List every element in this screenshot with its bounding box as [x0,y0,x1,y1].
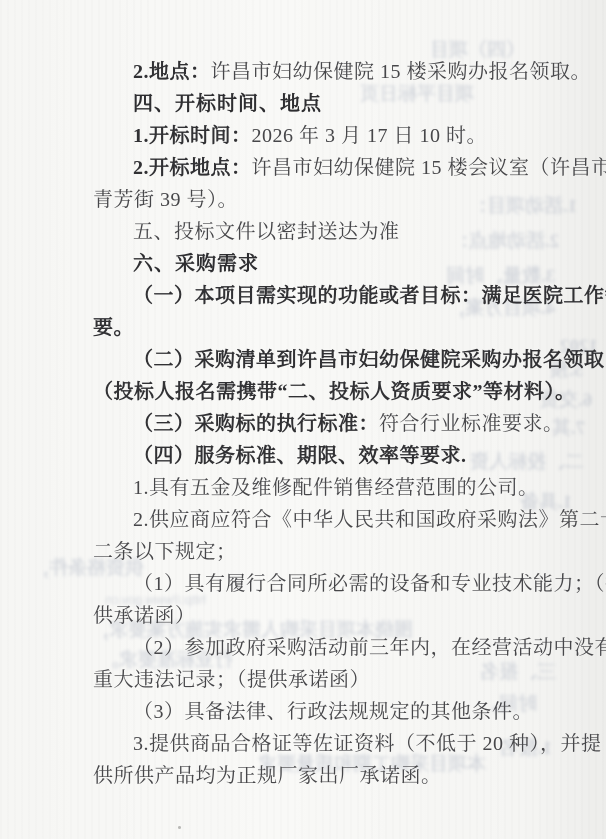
document-line: 3.提供商品合格证等佐证资料（不低于 20 种），并提 [93,728,606,760]
text-segment: 2026 年 3 月 17 日 10 时。 [252,125,488,147]
text-segment: 要。 [93,317,134,339]
text-segment: 五、投标文件以密封送达为准 [133,221,400,243]
text-segment: 青芳街 39 号）。 [93,189,238,211]
text-segment: 1.具有五金及维修配件销售经营范围的公司。 [133,477,539,499]
document-line: 2.供应商应符合《中华人民共和国政府采购法》第二十 [93,504,606,536]
document-line: 青芳街 39 号）。 [93,184,606,216]
document-line: 四、开标时间、地点 [93,88,606,120]
document-line: 1.具有五金及维修配件销售经营范围的公司。 [93,472,606,504]
text-segment: （一）本项目需实现的功能或者目标：满足医院工作需 [133,285,606,307]
text-segment: 许昌市妇幼保健院 15 楼采购办报名领取。 [211,61,592,83]
document-line: （1）具有履行合同所必需的设备和专业技术能力；（提 [93,568,606,600]
text-segment: 供所供产品均为正规厂家出厂承诺函。 [93,765,442,787]
text-segment: 2.供应商应符合《中华人民共和国政府采购法》第二十 [133,509,606,531]
text-segment: 2.地点： [133,61,211,83]
document-line: （二）采购清单到许昌市妇幼保健院采购办报名领取 [93,344,606,376]
document-line: 要。 [93,312,606,344]
document-line: （投标人报名需携带“二、投标人资质要求”等材料）。 [93,376,606,408]
document-line: 1.开标时间：2026 年 3 月 17 日 10 时。 [93,120,606,152]
document-line: 六、采购需求 [93,248,606,280]
document-line: （2）参加政府采购活动前三年内，在经营活动中没有 [93,632,606,664]
text-segment: （3）具备法律、行政法规规定的其他条件。 [133,701,533,723]
text-segment: 重大违法记录；（提供承诺函） [93,669,370,691]
document-line: 供所供产品均为正规厂家出厂承诺函。 [93,760,606,792]
text-segment: （三）采购标的执行标准： [133,413,379,435]
text-segment: 六、采购需求 [133,253,259,275]
text-segment: 3.提供商品合格证等佐证资料（不低于 20 种），并提 [133,733,602,755]
document-line: （四）服务标准、期限、效率等要求. [93,440,606,472]
text-segment: （2）参加政府采购活动前三年内，在经营活动中没有 [133,637,606,659]
document-line: 供承诺函） [93,600,606,632]
document-line: 2.开标地点：许昌市妇幼保健院 15 楼会议室（许昌市 [93,152,606,184]
scan-speck [178,826,181,829]
document-body: 2.地点：许昌市妇幼保健院 15 楼采购办报名领取。四、开标时间、地点1.开标时… [93,56,606,792]
text-segment: （四）服务标准、期限、效率等要求. [133,445,467,467]
text-segment: 1.开标时间： [133,125,252,147]
text-segment: 符合行业标准要求。 [379,413,564,435]
text-segment: （1）具有履行合同所必需的设备和专业技术能力；（提 [133,573,606,595]
text-segment: （二）采购清单到许昌市妇幼保健院采购办报名领取 [133,349,605,371]
text-segment: 许昌市妇幼保健院 15 楼会议室（许昌市 [252,157,606,179]
document-line: 重大违法记录；（提供承诺函） [93,664,606,696]
scanned-page: （四）项目项目平标日页1.活动项目：2.活动地点：3.数量、时间4.项目方案，1… [0,0,606,839]
document-line: 二条以下规定； [93,536,606,568]
document-line: （三）采购标的执行标准：符合行业标准要求。 [93,408,606,440]
text-segment: 二条以下规定； [93,541,237,563]
text-segment: 四、开标时间、地点 [133,93,322,115]
document-line: 五、投标文件以密封送达为准 [93,216,606,248]
text-segment: （投标人报名需携带“二、投标人资质要求”等材料）。 [93,381,576,403]
text-segment: 供承诺函） [93,605,196,627]
document-line: 2.地点：许昌市妇幼保健院 15 楼采购办报名领取。 [93,56,606,88]
document-line: （一）本项目需实现的功能或者目标：满足医院工作需 [93,280,606,312]
text-segment: 2.开标地点： [133,157,252,179]
document-line: （3）具备法律、行政法规规定的其他条件。 [93,696,606,728]
